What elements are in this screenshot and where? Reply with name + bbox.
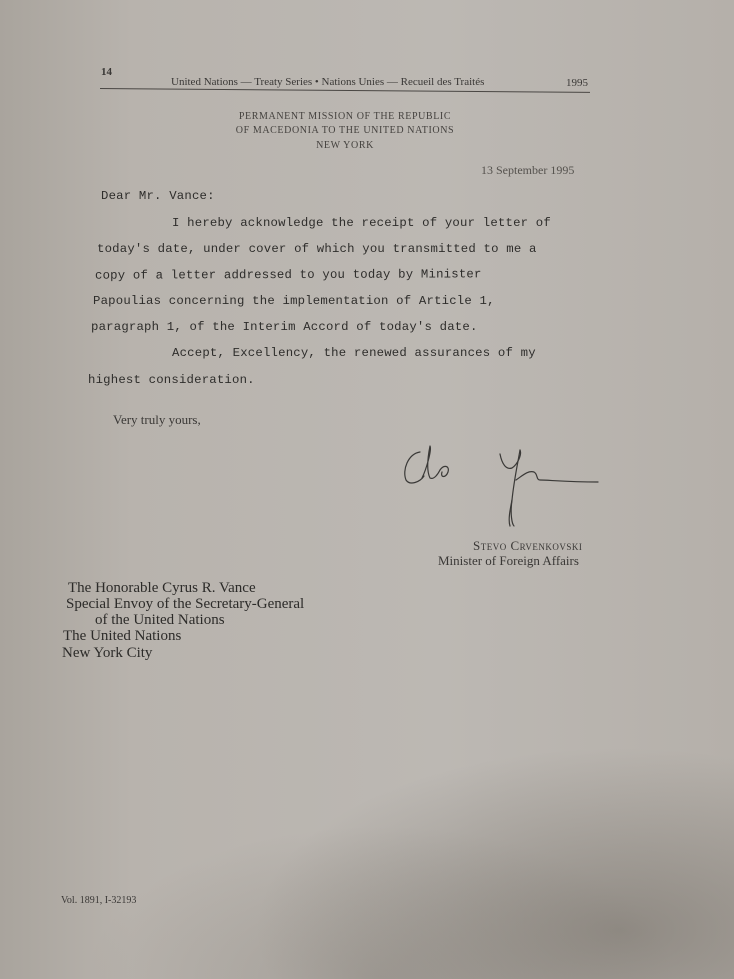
addressee-line: Special Envoy of the Secretary-General [66,596,304,613]
body-line: I hereby acknowledge the receipt of your… [172,216,551,230]
salutation: Dear Mr. Vance: [101,189,215,203]
header-year: 1995 [566,77,588,89]
addressee-line: New York City [62,645,152,662]
addressee-line: The Honorable Cyrus R. Vance [68,580,256,597]
running-title: United Nations — Treaty Series • Nations… [171,76,484,88]
letterhead-line-3: NEW YORK [195,140,495,151]
body-line: today's date, under cover of which you t… [97,242,537,256]
signer-title: Minister of Foreign Affairs [438,553,579,569]
letter-date: 13 September 1995 [481,163,574,178]
body-line: highest consideration. [88,373,255,387]
letterhead-line-2: OF MACEDONIA TO THE UNITED NATIONS [195,125,495,136]
letterhead-line-1: PERMANENT MISSION OF THE REPUBLIC [195,111,495,122]
header-rule [100,88,590,93]
page-number: 14 [101,66,112,78]
signer-name: Stevo Crvenkovski [473,538,582,554]
body-line: Papoulias concerning the implementation … [93,294,495,308]
addressee-line: The United Nations [63,628,181,645]
signature-icon [398,440,628,540]
body-line: Accept, Excellency, the renewed assuranc… [172,346,536,360]
body-line: copy of a letter addressed to you today … [95,267,482,282]
volume-reference: Vol. 1891, I-32193 [61,895,136,906]
addressee-line: of the United Nations [95,612,225,629]
closing: Very truly yours, [113,412,201,428]
body-line: paragraph 1, of the Interim Accord of to… [91,320,478,334]
